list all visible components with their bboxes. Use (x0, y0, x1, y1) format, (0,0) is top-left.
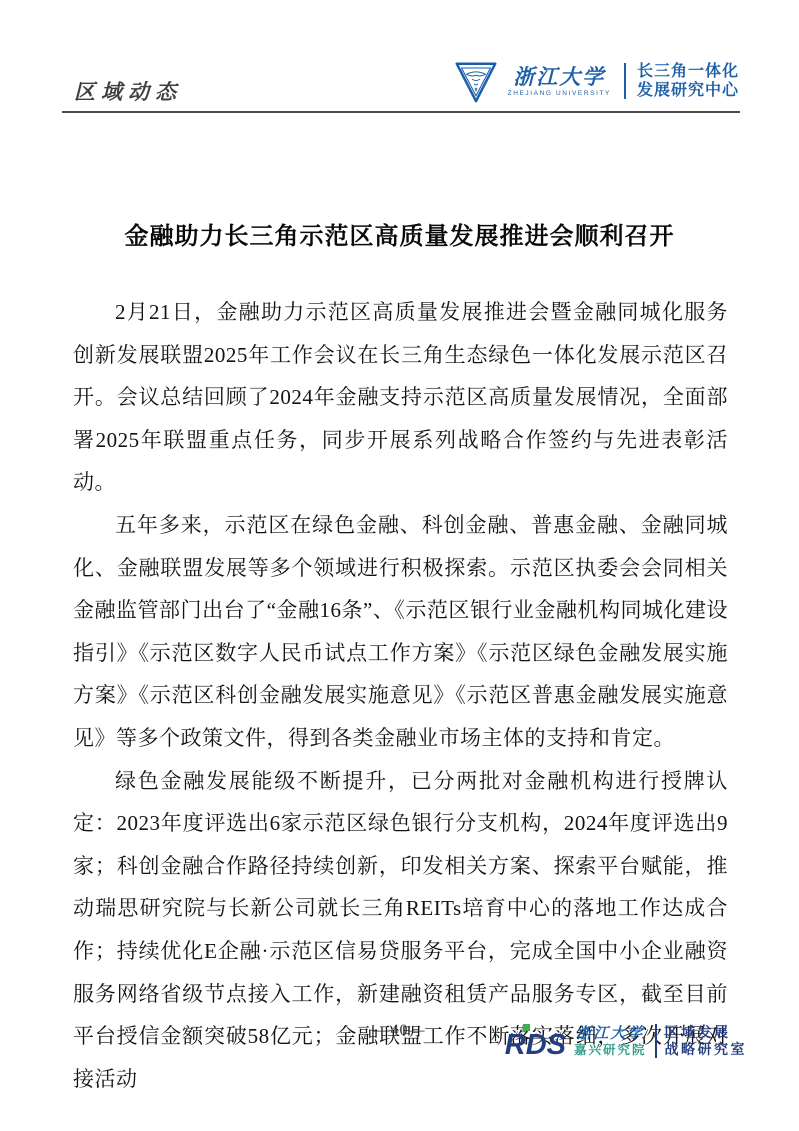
header-divider-rule (62, 111, 740, 113)
rds-abbr: RDS (505, 1029, 566, 1061)
footer-logo: RDS 浙江大学 嘉兴研究院 区域发展 战略研究室 (505, 1022, 747, 1060)
zju-shield-icon (451, 56, 501, 106)
paragraph-2: 五年多来，示范区在绿色金融、科创金融、普惠金融、金融同城化、金融联盟发展等多个领… (73, 504, 728, 760)
rds-green-square-icon (523, 1024, 530, 1031)
footer-logo-divider (655, 1024, 657, 1058)
footer-org-name: 浙江大学 (576, 1025, 644, 1042)
center-name-line2: 发展研究中心 (637, 81, 739, 100)
footer-org-block: 浙江大学 嘉兴研究院 (574, 1025, 647, 1058)
center-name-line1: 长三角一体化 (637, 62, 739, 81)
footer-org-institute: 嘉兴研究院 (574, 1042, 647, 1058)
footer-dept-line2: 战略研究室 (665, 1041, 748, 1058)
zju-name-en: ZHEJIANG UNIVERSITY (508, 90, 611, 97)
zju-name-block: 浙江大学 ZHEJIANG UNIVERSITY (508, 66, 611, 97)
footer-dept-block: 区域发展 战略研究室 (665, 1024, 748, 1058)
page-title: 金融助力长三角示范区高质量发展推进会顺利召开 (0, 216, 799, 251)
header-logo: 浙江大学 ZHEJIANG UNIVERSITY 长三角一体化 发展研究中心 (451, 56, 739, 106)
rds-logo: RDS (505, 1022, 566, 1060)
section-label: 区域动态 (74, 76, 182, 106)
paragraph-1: 2月21日，金融助力示范区高质量发展推进会暨金融同城化服务创新发展联盟2025年… (73, 291, 728, 504)
footer-dept-line1: 区域发展 (665, 1024, 748, 1041)
logo-divider (624, 63, 626, 99)
center-name-block: 长三角一体化 发展研究中心 (637, 62, 739, 100)
article-body: 2月21日，金融助力示范区高质量发展推进会暨金融同城化服务创新发展联盟2025年… (73, 291, 728, 1100)
document-page: 区域动态 浙江大学 ZHEJIANG UNIVERSITY 长三角一体化 发展研… (0, 0, 799, 1131)
zju-name: 浙江大学 (513, 66, 605, 88)
